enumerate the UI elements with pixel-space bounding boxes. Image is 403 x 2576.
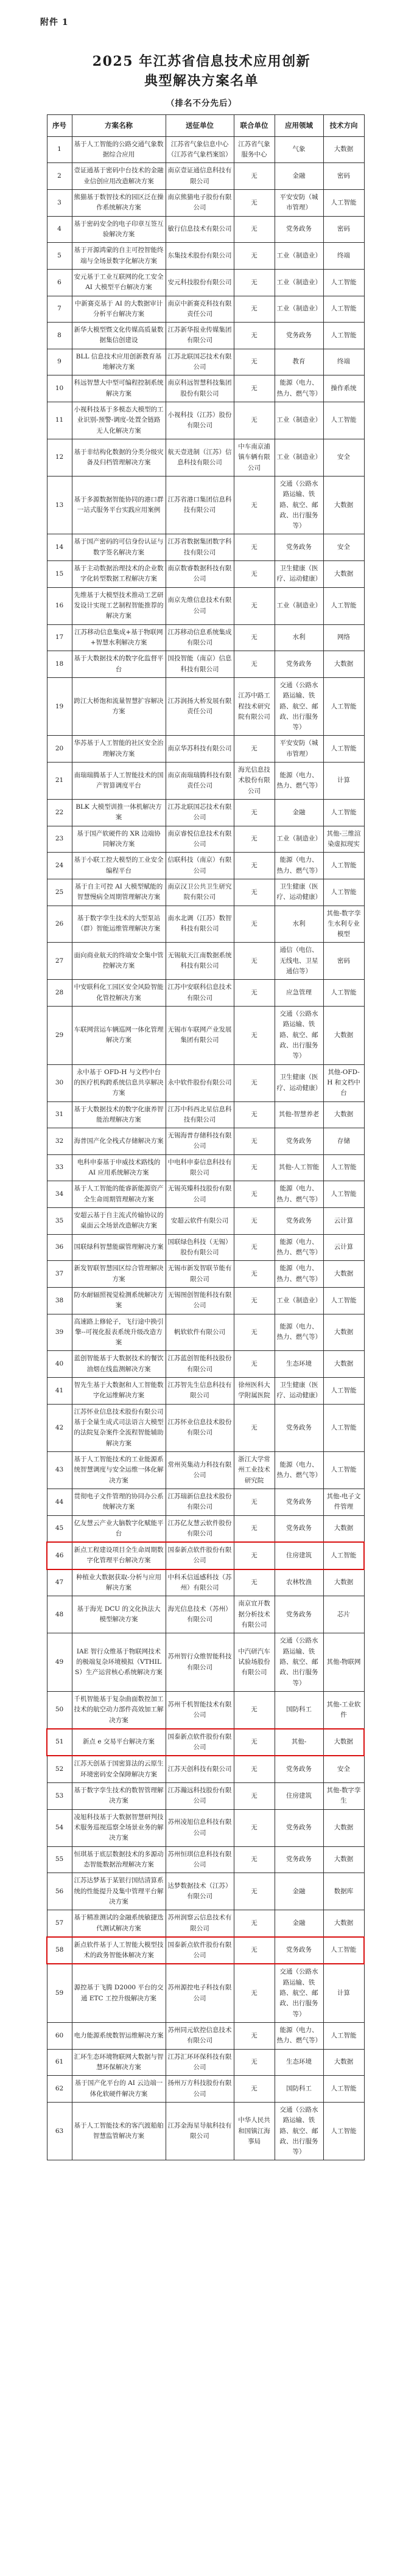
joint-unit-cell: 无 [234, 1064, 275, 1101]
joint-unit-cell: 江苏中路工程技术研究院有限公司 [234, 677, 275, 736]
table-row: 7中新赛克基于 AI 的大数据审计分析平台解决方案南京中新赛克科技有限责任公司无… [47, 296, 364, 323]
submitting-unit-cell: 江苏省数据集团数字科技有限公司 [166, 534, 234, 561]
tech-direction-cell: 大数据 [323, 476, 364, 534]
joint-unit-cell: 无 [234, 216, 275, 243]
tech-direction-cell: 大数据 [323, 2049, 364, 2076]
joint-unit-cell: 无 [234, 269, 275, 296]
joint-unit-cell: 无 [234, 561, 275, 588]
tech-direction-cell: 大数据 [323, 136, 364, 163]
tech-direction-cell: 人工智能 [323, 1404, 364, 1451]
solution-name-cell: 基于国产密码的可信身份认证与数字签名解决方案 [72, 534, 166, 561]
application-field-cell: 金融 [275, 1910, 323, 1937]
solution-name-cell: 基于大数据技术的数字化康养智能治理解决方案 [72, 1101, 166, 1128]
tech-direction-cell: 安全 [323, 439, 364, 476]
application-field-cell: 住房建筑 [275, 1542, 323, 1569]
submitting-unit-cell: 东集技术股份有限公司 [166, 243, 234, 270]
submitting-unit-cell: 江苏瑞新信息技术股份有限公司 [166, 1489, 234, 1515]
application-field-cell: 卫生健康（医疗、运动健康） [275, 1378, 323, 1405]
joint-unit-cell: 无 [234, 1937, 275, 1964]
table-row: 4基于密码安全的电子印章互签互验解决方案敏行信息技术有限公司无党务政务密码 [47, 216, 364, 243]
table-row: 41智先生基于大数据和人工智能数字化运维解决方案江苏智先生信息科技有限公司徐州医… [47, 1378, 364, 1405]
table-row: 50千机智能基于复杂曲面数控加工技术的航空动力部件高效加工解决方案苏州千机智能技… [47, 1691, 364, 1728]
joint-unit-cell: 徐州医科大学附属医院 [234, 1378, 275, 1405]
application-field-cell: 党务政务 [275, 534, 323, 561]
tech-direction-cell: 大数据 [323, 1729, 364, 1756]
submitting-unit-cell: 江苏怀业信息技术股份有限公司 [166, 1404, 234, 1451]
solution-name-cell: 海普国产化全栈式存储解决方案 [72, 1128, 166, 1155]
solution-name-cell: 新点 e 交易平台解决方案 [72, 1729, 166, 1756]
serial-number-cell: 52 [47, 1756, 72, 1782]
table-row: 6安元基于工业互联网的化工安全 AI 大模型平台解决方案安元科技股份有限公司无工… [47, 269, 364, 296]
table-row: 25基于自主可控 AI 大模型赋能的智慧慢病全周期管理解决方案南京汉卫公共卫生研… [47, 879, 364, 906]
solution-name-cell: 基于密码安全的电子印章互签互验解决方案 [72, 216, 166, 243]
table-row: 60电力能源系统数智运维解决方案苏州同元软控信息技术有限公司无能源（电力、热力、… [47, 2023, 364, 2050]
serial-number-cell: 19 [47, 677, 72, 736]
serial-number-cell: 62 [47, 2076, 72, 2103]
joint-unit-cell: 无 [234, 624, 275, 651]
solution-name-cell: 基于多源数据智能协同的港口群一站式服务平台实践应用案例 [72, 476, 166, 534]
serial-number-cell: 57 [47, 1910, 72, 1937]
serial-number-cell: 37 [47, 1261, 72, 1288]
table-row: 58新点软件基于人工智能大模型技术的政务智能体解决方案国泰新点软件股份有限公司无… [47, 1937, 364, 1964]
tech-direction-cell: 大数据 [323, 1261, 364, 1288]
serial-number-cell: 15 [47, 561, 72, 588]
tech-direction-cell: 人工智能 [323, 190, 364, 217]
table-row: 8新华大模型暨文化传媒高质量数据集信创建设江苏新华报业传媒集团有限公司无党务政务… [47, 323, 364, 349]
joint-unit-cell: 无 [234, 1783, 275, 1810]
solution-name-cell: 基于精准测试的金融系统敏捷迭代测试解决方案 [72, 1910, 166, 1937]
solution-name-cell: 新点软件基于人工智能大模型技术的政务智能体解决方案 [72, 1937, 166, 1964]
submitting-unit-cell: 南京华苏科技有限公司 [166, 736, 234, 763]
solution-name-cell: 电力能源系统数智运维解决方案 [72, 2023, 166, 2050]
joint-unit-cell: 无 [234, 402, 275, 439]
joint-unit-cell: 无 [234, 534, 275, 561]
serial-number-cell: 22 [47, 800, 72, 826]
solution-name-cell: 基于国产软硬件的 XR 边端协同解决方案 [72, 826, 166, 853]
solution-name-cell: BLL 信息技术应用创新教育基地解决方案 [72, 349, 166, 375]
joint-unit-cell: 无 [234, 1261, 275, 1288]
table-row: 56江苏达梦基于某银行国结清算系统的性能提升及集中管理平台解决方案达梦数据技术（… [47, 1873, 364, 1910]
solution-name-cell: 安元基于工业互联网的化工安全 AI 大模型平台解决方案 [72, 269, 166, 296]
submitting-unit-cell: 南京南瑞瑞腾科技有限责任公司 [166, 763, 234, 800]
application-field-cell: 其他-智慧养老 [275, 1101, 323, 1128]
serial-number-cell: 60 [47, 2023, 72, 2050]
table-row: 5基于开源鸿蒙的自主可控智能终端与全场景数字化解决方案东集技术股份有限公司无工业… [47, 243, 364, 270]
application-field-cell: 交通（公路水路运输、铁路、航空、邮政、出行服务等） [275, 2102, 323, 2160]
application-field-cell: 工业（制造业） [275, 1287, 323, 1314]
serial-number-cell: 26 [47, 906, 72, 943]
submitting-unit-cell: 无锡英臻科技股份有限公司 [166, 1181, 234, 1208]
submitting-unit-cell: 南京中新赛克科技有限责任公司 [166, 296, 234, 323]
joint-unit-cell: 无 [234, 1234, 275, 1261]
tech-direction-cell: 人工智能 [323, 800, 364, 826]
joint-unit-cell: 无 [234, 375, 275, 402]
tech-direction-cell: 人工智能 [323, 402, 364, 439]
application-field-cell: 气象 [275, 136, 323, 163]
tech-direction-cell: 存储 [323, 1128, 364, 1155]
application-field-cell: 党务政务 [275, 1404, 323, 1451]
submitting-unit-cell: 江苏天创科技有限公司 [166, 1756, 234, 1782]
solution-name-cell: 源控基于飞腾 D2000 平台的交通 ETC 工控升级解决方案 [72, 1964, 166, 2022]
joint-unit-cell: 中车南京浦镇车辆有限公司 [234, 439, 275, 476]
solution-name-cell: 智先生基于大数据和人工智能数字化运维解决方案 [72, 1378, 166, 1405]
attachment-label: 附件 1 [40, 16, 403, 28]
application-field-cell: 平安安防（城市管理） [275, 190, 323, 217]
document-subtitle: （排名不分先后） [0, 96, 403, 108]
solution-name-cell: BLK 大模型训推一体机解决方案 [72, 800, 166, 826]
serial-number-cell: 50 [47, 1691, 72, 1728]
table-row: 48基于海光 DCU 的文化执法大模型解决方案海光信息技术（苏州）有限公司南京宜… [47, 1596, 364, 1633]
table-row: 53基于数字孪生技术的数智管理解决方案江苏瀚远科技股份有限公司无住房建筑其他-数… [47, 1783, 364, 1810]
application-field-cell: 党务政务 [275, 216, 323, 243]
solution-name-cell: 高速路上修轮子，飞行途中换引擎--可视化报表系统升级改造方案 [72, 1314, 166, 1351]
serial-number-cell: 49 [47, 1633, 72, 1692]
tech-direction-cell: 其他-物联网 [323, 1633, 364, 1692]
serial-number-cell: 54 [47, 1809, 72, 1846]
solution-name-cell: 基于非结构化数据的分类分级灾备及归档管理解决方案 [72, 439, 166, 476]
table-row: 21南瑞瑞腾基于人工智能技术的国产智算调度平台南京南瑞瑞腾科技有限责任公司海光信… [47, 763, 364, 800]
application-field-cell: 党务政务 [275, 1937, 323, 1964]
tech-direction-cell: 人工智能 [323, 1181, 364, 1208]
joint-unit-cell: 无 [234, 2023, 275, 2050]
application-field-cell: 党务政务 [275, 1489, 323, 1515]
tech-direction-cell: 大数据 [323, 1351, 364, 1378]
solution-name-cell: IAE 智行众维基于物联网技术的极端复杂环境模拟（VTHILS）生产运营核心系统… [72, 1633, 166, 1692]
serial-number-cell: 5 [47, 243, 72, 270]
tech-direction-cell: 大数据 [323, 1910, 364, 1937]
table-row: 39高速路上修轮子，飞行途中换引擎--可视化报表系统升级改造方案帆软软件有限公司… [47, 1314, 364, 1351]
table-row: 62基于国产化平台的 AI 云边端一体化软硬件解决方案扬州万方科技股份有限公司无… [47, 2076, 364, 2103]
serial-number-cell: 35 [47, 1208, 72, 1235]
tech-direction-cell: 人工智能 [323, 853, 364, 879]
table-row: 51新点 e 交易平台解决方案国泰新点软件股份有限公司无其他-大数据 [47, 1729, 364, 1756]
table-row: 11小视科技基于多模态大模型的工业识别-预警-调度-处置全链路无人化解决方案小视… [47, 402, 364, 439]
tech-direction-cell: 大数据 [323, 651, 364, 678]
tech-direction-cell: 人工智能 [323, 1542, 364, 1569]
application-field-cell: 通信（电信、无线电、卫星通信等） [275, 943, 323, 980]
application-field-cell: 其他- [275, 1729, 323, 1756]
application-field-cell: 能源（电力、热力、燃气等） [275, 1234, 323, 1261]
table-row: 13基于多源数据智能协同的港口群一站式服务平台实践应用案例江苏省港口集团信息科技… [47, 476, 364, 534]
application-field-cell: 应急管理 [275, 980, 323, 1007]
submitting-unit-cell: 国投智能（南京）信息科技有限公司 [166, 651, 234, 678]
serial-number-cell: 4 [47, 216, 72, 243]
application-field-cell: 卫生健康（医疗、运动健康） [275, 1064, 323, 1101]
serial-number-cell: 14 [47, 534, 72, 561]
joint-unit-cell: 江苏省气象服务中心 [234, 136, 275, 163]
serial-number-cell: 33 [47, 1154, 72, 1181]
table-row: 47种植业大数据获取-分析与应用解决方案中科禾信遥感科技（苏州）有限公司无农林牧… [47, 1569, 364, 1596]
serial-number-cell: 36 [47, 1234, 72, 1261]
tech-direction-cell: 其他-OFD-H 和文档中台 [323, 1064, 364, 1101]
application-field-cell: 生态环境 [275, 2049, 323, 2076]
solution-name-cell: 基于数字孪生技术的大型泵站（群）智能运维管理解决方案 [72, 906, 166, 943]
table-row: 61汇环生态环境物联网大数据与智慧环保解决方案江苏汇环环保科技有限公司无生态环境… [47, 2049, 364, 2076]
serial-number-cell: 59 [47, 1964, 72, 2022]
tech-direction-cell: 云计算 [323, 1208, 364, 1235]
submitting-unit-cell: 苏州凌旭信息科技有限公司 [166, 1809, 234, 1846]
application-field-cell: 交通（公路水路运输、铁路、航空、邮政、出行服务等） [275, 677, 323, 736]
application-field-cell: 金融 [275, 1873, 323, 1910]
serial-number-cell: 27 [47, 943, 72, 980]
table-row: 63基于人工智能技术的客汽渡船舶智慧监管解决方案江苏金海星导航科技有限公司中华人… [47, 2102, 364, 2160]
submitting-unit-cell: 无锡市新发智联节能有限公司 [166, 1261, 234, 1288]
serial-number-cell: 28 [47, 980, 72, 1007]
table-row: 18基于大数据技术的数字化监督平台国投智能（南京）信息科技有限公司无党务政务大数… [47, 651, 364, 678]
submitting-unit-cell: 敏行信息技术有限公司 [166, 216, 234, 243]
serial-number-cell: 9 [47, 349, 72, 375]
solution-name-cell: 江苏天创基于国密算法的云原生环境密码安全保障解决方案 [72, 1756, 166, 1782]
joint-unit-cell: 无 [234, 1846, 275, 1873]
application-field-cell: 党务政务 [275, 1846, 323, 1873]
joint-unit-cell: 无 [234, 826, 275, 853]
joint-unit-cell: 无 [234, 476, 275, 534]
table-row: 40蓝创智能基于大数据技术的餐饮油烟在线监测解决方案江苏蓝创智能科技股份有限公司… [47, 1351, 364, 1378]
table-row: 15基于主动数据治理技术的企业数字化转型数据工程解决方案南京数睿数据科技有限公司… [47, 561, 364, 588]
solution-name-cell: 基于数字孪生技术的数智管理解决方案 [72, 1783, 166, 1810]
submitting-unit-cell: 江苏北联国芯技术有限公司 [166, 800, 234, 826]
submitting-unit-cell: 江苏北联国芯技术有限公司 [166, 349, 234, 375]
serial-number-cell: 48 [47, 1596, 72, 1633]
joint-unit-cell: 中华人民共和国镇江海事局 [234, 2102, 275, 2160]
tech-direction-cell: 大数据 [323, 1846, 364, 1873]
solution-name-cell: 亿友慧云产业大脑数字化赋能平台 [72, 1515, 166, 1542]
tech-direction-cell: 大数据 [323, 1314, 364, 1351]
document-title-line1: 2025 年江苏省信息技术应用创新 [0, 52, 403, 72]
application-field-cell: 农林牧渔 [275, 1569, 323, 1596]
tech-direction-cell: 终端 [323, 243, 364, 270]
table-row: 19跨江大桥饱和流量智慧扩容解决方案江苏润扬大桥发展有限责任公司江苏中路工程技术… [47, 677, 364, 736]
serial-number-cell: 13 [47, 476, 72, 534]
table-row: 34基于人工智能的能睿新能源资产全生命周期管理解决方案无锡英臻科技股份有限公司无… [47, 1181, 364, 1208]
serial-number-cell: 10 [47, 375, 72, 402]
joint-unit-cell: 无 [234, 1007, 275, 1065]
submitting-unit-cell: 国泰新点软件股份有限公司 [166, 1542, 234, 1569]
joint-unit-cell: 无 [234, 1404, 275, 1451]
serial-number-cell: 17 [47, 624, 72, 651]
solution-name-cell: 江苏达梦基于某银行国结清算系统的性能提升及集中管理平台解决方案 [72, 1873, 166, 1910]
tech-direction-cell: 数据库 [323, 1873, 364, 1910]
submitting-unit-cell: 江苏亿友慧云软件股份有限公司 [166, 1515, 234, 1542]
table-row: 35安超云基于自主流式传输协议的桌面云全场景改造解决方案安超云软件有限公司无党务… [47, 1208, 364, 1235]
solution-name-cell: 中安联科化工园区安全风险智能化管控解决方案 [72, 980, 166, 1007]
table-row: 55恒琪基于底层数据技术的多源动态智能数据治理解决方案苏州恒琪信息科技有限公司无… [47, 1846, 364, 1873]
table-row: 49IAE 智行众维基于物联网技术的极端复杂环境模拟（VTHILS）生产运营核心… [47, 1633, 364, 1692]
application-field-cell: 教育 [275, 349, 323, 375]
joint-unit-cell: 无 [234, 1729, 275, 1756]
submitting-unit-cell: 安元科技股份有限公司 [166, 269, 234, 296]
solution-name-cell: 电科申泰基于申威技术路线的 AI 应用系统解决方案 [72, 1154, 166, 1181]
submitting-unit-cell: 无锡市车联网产业发展集团有限公司 [166, 1007, 234, 1065]
joint-unit-cell: 无 [234, 323, 275, 349]
tech-direction-cell: 人工智能 [323, 980, 364, 1007]
submitting-unit-cell: 苏州润察云信息技术有限公司 [166, 1910, 234, 1937]
joint-unit-cell: 海光信息技术股份有限公司 [234, 763, 275, 800]
table-row: 3熊猫基于数智技术的园区泛在操作系统解决方案南京熊猫电子股份有限公司无平安安防（… [47, 190, 364, 217]
table-row: 31基于大数据技术的数字化康养智能治理解决方案江苏中科西北星信息科技有限公司无其… [47, 1101, 364, 1128]
solution-name-cell: 蓝创智能基于大数据技术的餐饮油烟在线监测解决方案 [72, 1351, 166, 1378]
submitting-unit-cell: 安超云软件有限公司 [166, 1208, 234, 1235]
application-field-cell: 党务政务 [275, 1756, 323, 1782]
table-row: 1基于人工智能的公路交通气象数据综合应用江苏省气象信息中心（江苏省气象档案馆）江… [47, 136, 364, 163]
solution-name-cell: 基于开源鸿蒙的自主可控智能终端与全场景数字化解决方案 [72, 243, 166, 270]
application-field-cell: 党务政务 [275, 1128, 323, 1155]
serial-number-cell: 61 [47, 2049, 72, 2076]
joint-unit-cell: 无 [234, 1569, 275, 1596]
serial-number-cell: 18 [47, 651, 72, 678]
solution-name-cell: 基于自主可控 AI 大模型赋能的智慧慢病全周期管理解决方案 [72, 879, 166, 906]
tech-direction-cell: 安全 [323, 534, 364, 561]
submitting-unit-cell: 南京汉卫公共卫生研究院有限公司 [166, 879, 234, 906]
serial-number-cell: 29 [47, 1007, 72, 1065]
serial-number-cell: 6 [47, 269, 72, 296]
solution-name-cell: 科远智慧大中型可编程控制系统解决方案 [72, 375, 166, 402]
application-field-cell: 能源（电力、热力、燃气等） [275, 1451, 323, 1489]
tech-direction-cell: 人工智能 [323, 2023, 364, 2050]
solution-name-cell: 基于国产化平台的 AI 云边端一体化软硬件解决方案 [72, 2076, 166, 2103]
serial-number-cell: 46 [47, 1542, 72, 1569]
submitting-unit-cell: 帆软软件有限公司 [166, 1314, 234, 1351]
table-row: 27面向商业航天的终端安全集中管控解决方案无锡航天江南数据系统科技有限公司无通信… [47, 943, 364, 980]
joint-unit-cell: 无 [234, 980, 275, 1007]
submitting-unit-cell: 无锡航天江南数据系统科技有限公司 [166, 943, 234, 980]
serial-number-cell: 24 [47, 853, 72, 879]
table-row: 12基于非结构化数据的分类分级灾备及归档管理解决方案航天壹进制（江苏）信息科技有… [47, 439, 364, 476]
submitting-unit-cell: 国联绿色科技（无锡）股份有限公司 [166, 1234, 234, 1261]
joint-unit-cell: 中汽研汽车试验场股份有限公司 [234, 1633, 275, 1692]
joint-unit-cell: 无 [234, 736, 275, 763]
tech-direction-cell: 大数据 [323, 1101, 364, 1128]
submitting-unit-cell: 江苏移动信息系统集成有限公司 [166, 624, 234, 651]
solution-name-cell: 新发智联智慧园区综合管理解决方案 [72, 1261, 166, 1288]
table-row: 45亿友慧云产业大脑数字化赋能平台江苏亿友慧云软件股份有限公司无党务政务大数据 [47, 1515, 364, 1542]
serial-number-cell: 25 [47, 879, 72, 906]
solution-name-cell: 基于海光 DCU 的文化执法大模型解决方案 [72, 1596, 166, 1633]
solution-name-cell: 基于大数据技术的数字化监督平台 [72, 651, 166, 678]
submitting-unit-cell: 南京先维信息技术有限公司 [166, 587, 234, 624]
table-row: 23基于国产软硬件的 XR 边端协同解决方案南京睿悦信息技术有限公司无工业（制造… [47, 826, 364, 853]
table-body: 1基于人工智能的公路交通气象数据综合应用江苏省气象信息中心（江苏省气象档案馆）江… [47, 136, 364, 2160]
joint-unit-cell: 无 [234, 943, 275, 980]
table-row: 59源控基于飞腾 D2000 平台的交通 ETC 工控升级解决方案苏州源控电子科… [47, 1964, 364, 2022]
submitting-unit-cell: 达梦数据技术（江苏）有限公司 [166, 1873, 234, 1910]
joint-unit-cell: 无 [234, 1101, 275, 1128]
submitting-unit-cell: 苏州同元软控信息技术有限公司 [166, 2023, 234, 2050]
joint-unit-cell: 无 [234, 587, 275, 624]
serial-number-cell: 58 [47, 1937, 72, 1964]
application-field-cell: 交通（公路水路运输、铁路、航空、邮政、出行服务等） [275, 1633, 323, 1692]
serial-number-cell: 3 [47, 190, 72, 217]
application-field-cell: 卫生健康（医疗、运动健康） [275, 561, 323, 588]
submitting-unit-cell: 中科禾信遥感科技（苏州）有限公司 [166, 1569, 234, 1596]
application-field-cell: 金融 [275, 163, 323, 190]
tech-direction-cell: 终端 [323, 349, 364, 375]
application-field-cell: 住房建筑 [275, 1783, 323, 1810]
tech-direction-cell: 人工智能 [323, 2076, 364, 2103]
solution-name-cell: 车联网营运车辆巡网一体化管理解决方案 [72, 1007, 166, 1065]
serial-number-cell: 53 [47, 1783, 72, 1810]
column-header-submit: 送征单位 [166, 114, 234, 136]
application-field-cell: 平安安防（城市管理） [275, 736, 323, 763]
solution-name-cell: 贯彻电子文件管理的协同办公系统解决方案 [72, 1489, 166, 1515]
serial-number-cell: 41 [47, 1378, 72, 1405]
application-field-cell: 工业（制造业） [275, 402, 323, 439]
submitting-unit-cell: 南京熊猫电子股份有限公司 [166, 190, 234, 217]
joint-unit-cell: 无 [234, 349, 275, 375]
tech-direction-cell: 人工智能 [323, 323, 364, 349]
joint-unit-cell: 无 [234, 296, 275, 323]
serial-number-cell: 11 [47, 402, 72, 439]
solutions-table: 序号方案名称送征单位联合单位应用领域技术方向 1基于人工智能的公路交通气象数据综… [46, 114, 365, 2161]
tech-direction-cell: 其他-电子文件管理 [323, 1489, 364, 1515]
joint-unit-cell: 无 [234, 879, 275, 906]
column-header-no: 序号 [47, 114, 72, 136]
joint-unit-cell: 无 [234, 1873, 275, 1910]
tech-direction-cell: 大数据 [323, 1809, 364, 1846]
solution-name-cell: 华苏基于人工智能的社区安全治理解决方案 [72, 736, 166, 763]
solution-name-cell: 南瑞瑞腾基于人工智能技术的国产智算调度平台 [72, 763, 166, 800]
application-field-cell: 能源（电力、热力、燃气等） [275, 1181, 323, 1208]
joint-unit-cell: 无 [234, 1964, 275, 2022]
tech-direction-cell: 密码 [323, 163, 364, 190]
solution-name-cell: 国联绿科智慧能碳管理解决方案 [72, 1234, 166, 1261]
tech-direction-cell: 网络 [323, 624, 364, 651]
serial-number-cell: 7 [47, 296, 72, 323]
serial-number-cell: 56 [47, 1873, 72, 1910]
joint-unit-cell: 无 [234, 800, 275, 826]
table-row: 46新点工程建设项目全生命周期数字化管理平台解决方案国泰新点软件股份有限公司无住… [47, 1542, 364, 1569]
application-field-cell: 水利 [275, 624, 323, 651]
tech-direction-cell: 大数据 [323, 561, 364, 588]
serial-number-cell: 12 [47, 439, 72, 476]
tech-direction-cell: 人工智能 [323, 1937, 364, 1964]
serial-number-cell: 42 [47, 1404, 72, 1451]
application-field-cell: 党务政务 [275, 1208, 323, 1235]
serial-number-cell: 47 [47, 1569, 72, 1596]
submitting-unit-cell: 中电科申泰信息科技有限公司 [166, 1154, 234, 1181]
submitting-unit-cell: 小视科技（江苏）股份有限公司 [166, 402, 234, 439]
tech-direction-cell: 芯片 [323, 1596, 364, 1633]
table-row: 30永中基于 OFD-H 与文档中台的医疗机构跨系统信息共享解决方案永中软件股份… [47, 1064, 364, 1101]
application-field-cell: 党务政务 [275, 1596, 323, 1633]
solution-name-cell: 凌旭科技基于大数据智慧研判技术服务巡视巡察全场景业务的解决方案 [72, 1809, 166, 1846]
serial-number-cell: 43 [47, 1451, 72, 1489]
application-field-cell: 党务政务 [275, 1515, 323, 1542]
serial-number-cell: 63 [47, 2102, 72, 2160]
submitting-unit-cell: 南京科远智慧科技集团股份有限公司 [166, 375, 234, 402]
table-row: 33电科申泰基于申威技术路线的 AI 应用系统解决方案中电科申泰信息科技有限公司… [47, 1154, 364, 1181]
joint-unit-cell: 无 [234, 1515, 275, 1542]
joint-unit-cell: 无 [234, 163, 275, 190]
table-row: 42江苏怀业信息技术股份有限公司基于全量生成式司法语言大模型的法院复杂案件全流程… [47, 1404, 364, 1451]
submitting-unit-cell: 江苏中科西北星信息科技有限公司 [166, 1101, 234, 1128]
document-title-line2: 典型解决方案名单 [0, 72, 403, 91]
tech-direction-cell: 人工智能 [323, 1451, 364, 1489]
joint-unit-cell: 无 [234, 243, 275, 270]
joint-unit-cell: 无 [234, 2076, 275, 2103]
solution-name-cell: 种植业大数据获取-分析与应用解决方案 [72, 1569, 166, 1596]
table-row: 20华苏基于人工智能的社区安全治理解决方案南京华苏科技有限公司无平安安防（城市管… [47, 736, 364, 763]
joint-unit-cell: 无 [234, 1181, 275, 1208]
submitting-unit-cell: 永中软件股份有限公司 [166, 1064, 234, 1101]
solution-name-cell: 江苏移动信息集成+基于物联网+智慧水利解决方案 [72, 624, 166, 651]
submitting-unit-cell: 南京睿悦信息技术有限公司 [166, 826, 234, 853]
joint-unit-cell: 无 [234, 853, 275, 879]
serial-number-cell: 51 [47, 1729, 72, 1756]
tech-direction-cell: 人工智能 [323, 269, 364, 296]
solution-name-cell: 壹证通基于密码中台技术的金融业信创应用改造解决方案 [72, 163, 166, 190]
joint-unit-cell: 无 [234, 1128, 275, 1155]
